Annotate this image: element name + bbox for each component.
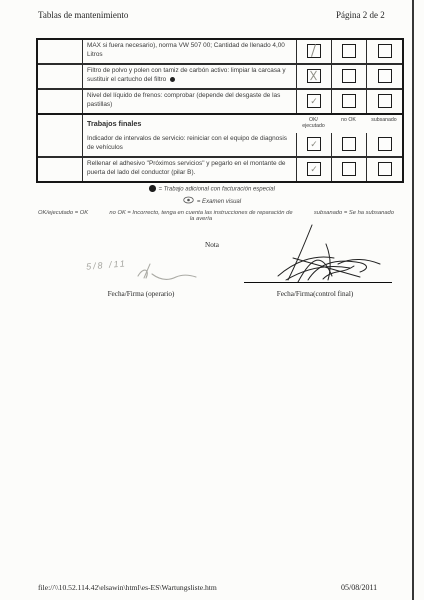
task-text: Filtro de polvo y polen con tamiz de car… <box>87 67 286 83</box>
checkbox-no-ok <box>342 69 356 83</box>
row-margin-cell <box>38 115 82 133</box>
task-text: Indicador de intervalos de servicio: rei… <box>87 135 287 151</box>
table-header-row: Trabajos finales OK/ ejecutado no OK sub… <box>38 115 402 133</box>
legend-text: la avería <box>190 216 212 222</box>
task-description: Nivel del líquido de frenos: comprobar (… <box>82 90 296 113</box>
checkbox-fixed <box>378 69 392 83</box>
legend-no-ok-definition: no OK = Incorrecto, tenga en cuenta las … <box>88 210 314 222</box>
fixed-cell <box>366 158 402 181</box>
no-ok-cell <box>331 40 366 63</box>
legend-special-billing: = Trabajo adicional con facturación espe… <box>0 185 424 193</box>
ok-cell <box>296 158 331 181</box>
fixed-cell <box>366 65 402 88</box>
page-indicator: Página 2 de 2 <box>336 10 385 20</box>
fixed-cell <box>366 90 402 113</box>
table-row: MAX si fuera necesario), norma VW 507 00… <box>38 40 402 63</box>
ok-cell <box>296 40 331 63</box>
signature-line <box>244 282 392 283</box>
task-text: Nivel del líquido de frenos: comprobar (… <box>87 92 280 108</box>
no-ok-cell <box>331 65 366 88</box>
row-margin-cell <box>38 65 82 88</box>
row-margin-cell <box>38 90 82 113</box>
checkbox-no-ok <box>342 94 356 108</box>
special-billing-icon <box>149 185 156 192</box>
no-ok-cell <box>331 90 366 113</box>
operator-signature-label: Fecha/Firma (operario) <box>80 290 202 298</box>
ok-cell <box>296 65 331 88</box>
special-billing-icon <box>170 77 175 82</box>
task-description: Rellenar el adhesivo "Próximos servicios… <box>82 158 296 181</box>
checkbox-no-ok <box>342 137 356 151</box>
checkbox-fixed <box>378 137 392 151</box>
table-row: Filtro de polvo y polen con tamiz de car… <box>38 63 402 88</box>
eye-icon <box>183 196 194 204</box>
row-margin-cell <box>38 40 82 63</box>
no-ok-cell <box>331 158 366 181</box>
task-description: Filtro de polvo y polen con tamiz de car… <box>82 65 296 88</box>
no-ok-cell <box>331 133 366 156</box>
row-margin-cell <box>38 158 82 181</box>
column-header-ok: OK/ ejecutado <box>296 115 331 133</box>
checkbox-fixed <box>378 44 392 58</box>
legend-text: = Examen visual <box>197 199 241 205</box>
ok-cell <box>296 90 331 113</box>
column-header-no-ok: no OK <box>331 115 366 133</box>
ok-cell <box>296 133 331 156</box>
table-title: Trabajos finales <box>82 115 296 133</box>
final-control-signature <box>238 224 396 284</box>
task-description: MAX si fuera necesario), norma VW 507 00… <box>82 40 296 63</box>
legend-visual-exam: = Examen visual <box>0 196 424 205</box>
legend-definitions: OK/ejecutado = OK no OK = Incorrecto, te… <box>38 210 394 222</box>
document-page: Tablas de mantenimiento Página 2 de 2 MA… <box>0 0 424 600</box>
footer-date: 05/08/2011 <box>341 583 377 592</box>
checkbox-ok <box>307 69 321 83</box>
row-margin-cell <box>38 133 82 156</box>
footer-file-path: file://\\10.52.114.42\elsawin\html\es-ES… <box>38 583 217 592</box>
table-row: Nivel del líquido de frenos: comprobar (… <box>38 88 402 113</box>
final-tasks-table: Trabajos finales OK/ ejecutado no OK sub… <box>36 113 404 183</box>
maintenance-table: MAX si fuera necesario), norma VW 507 00… <box>36 38 404 115</box>
table-row: Rellenar el adhesivo "Próximos servicios… <box>38 156 402 181</box>
checkbox-ok <box>307 162 321 176</box>
scan-edge-line <box>412 0 414 600</box>
checkbox-fixed <box>378 94 392 108</box>
task-text: Rellenar el adhesivo "Próximos servicios… <box>87 160 286 176</box>
final-control-signature-label: Fecha/Firma(control final) <box>248 290 382 298</box>
operator-signature <box>80 256 200 288</box>
checkbox-fixed <box>378 162 392 176</box>
column-header-fixed: subsanado <box>366 115 402 133</box>
checkbox-ok <box>307 44 321 58</box>
legend-fixed-definition: subsanado = Se ha subsanado <box>314 210 394 216</box>
legend-ok-definition: OK/ejecutado = OK <box>38 210 88 216</box>
task-description: Indicador de intervalos de servicio: rei… <box>82 133 296 156</box>
checkbox-ok <box>307 137 321 151</box>
legend-text: = Trabajo adicional con facturación espe… <box>159 187 275 193</box>
task-text: MAX si fuera necesario), norma VW 507 00… <box>87 42 285 58</box>
checkbox-no-ok <box>342 162 356 176</box>
table-row: Indicador de intervalos de servicio: rei… <box>38 133 402 156</box>
fixed-cell <box>366 40 402 63</box>
document-title: Tablas de mantenimiento <box>38 10 128 20</box>
fixed-cell <box>366 133 402 156</box>
checkbox-ok <box>307 94 321 108</box>
checkbox-no-ok <box>342 44 356 58</box>
